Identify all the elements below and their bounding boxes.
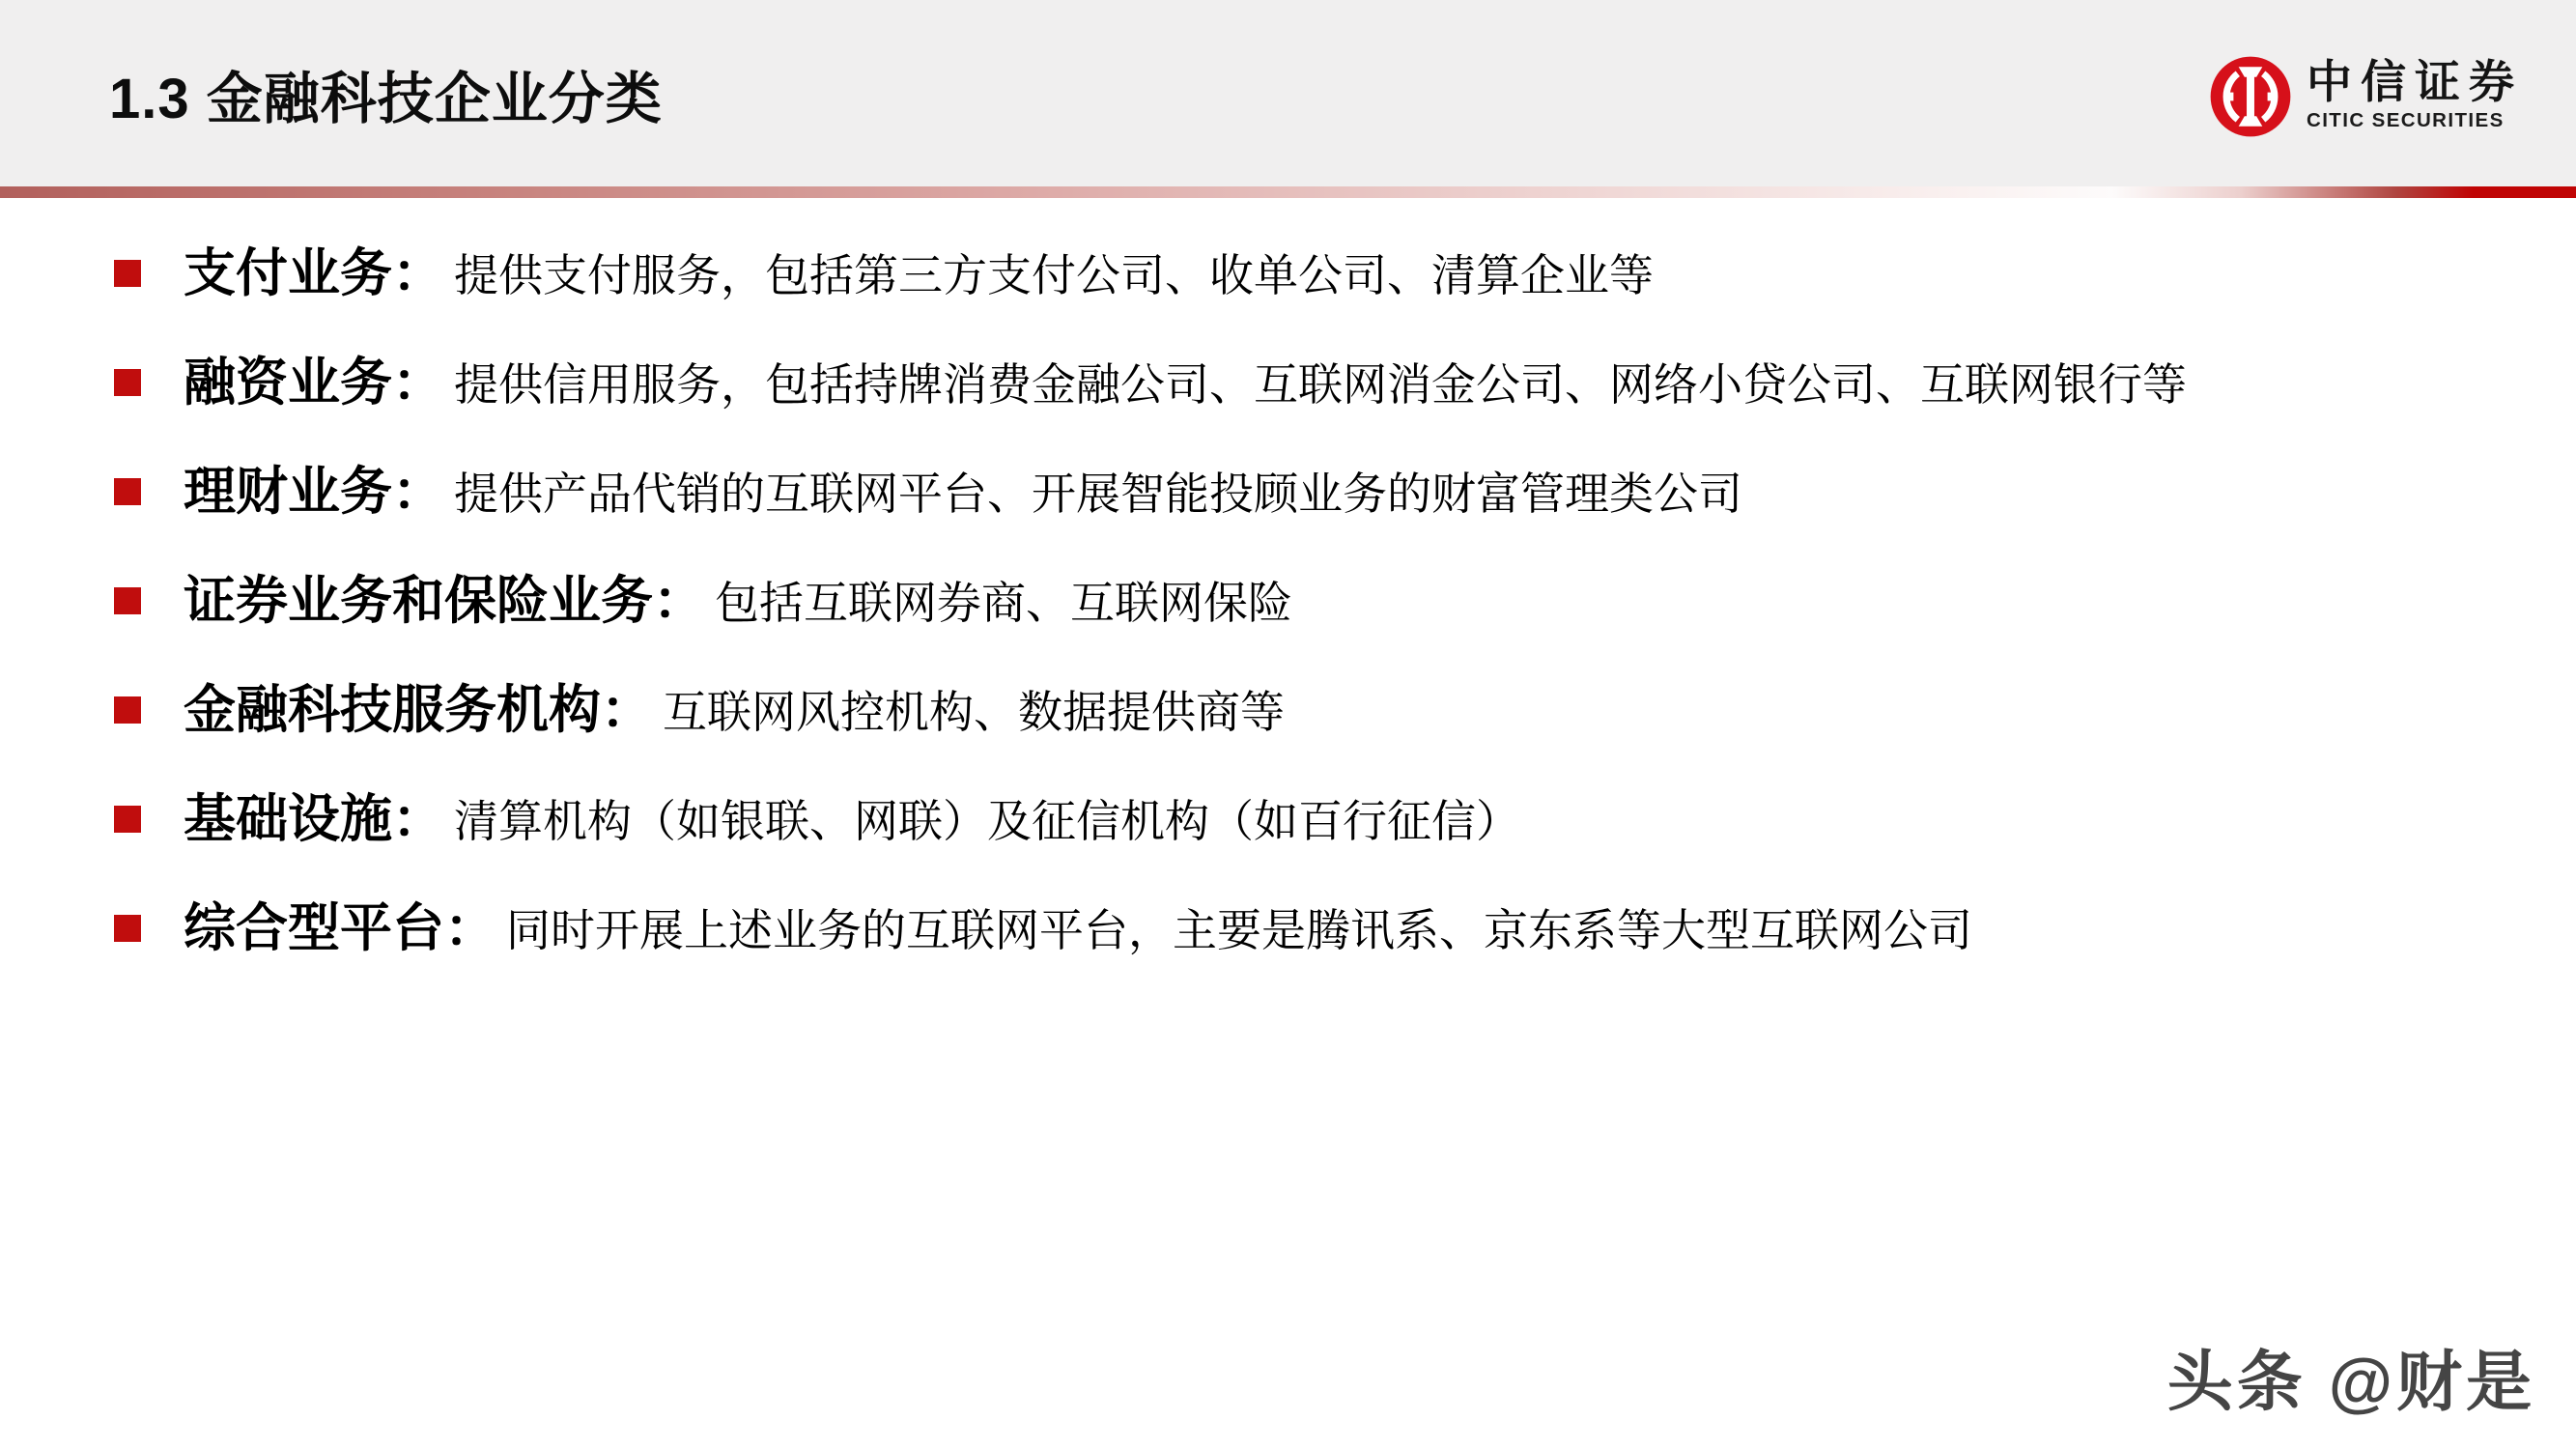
- bullet-square-icon: [114, 260, 141, 287]
- bullet-desc: 清算机构（如银联、网联）及征信机构（如百行征信）: [454, 796, 1520, 846]
- bullet-list: 支付业务：提供支付服务，包括第三方支付公司、收单公司、清算企业等 融资业务：提供…: [0, 198, 2576, 967]
- bullet-desc: 互联网风控机构、数据提供商等: [663, 687, 1285, 737]
- bullet-square-icon: [114, 369, 141, 396]
- bullet-desc: 提供产品代销的互联网平台、开展智能投顾业务的财富管理类公司: [454, 469, 1742, 519]
- bullet-item-securities-insurance: 证券业务和保险业务：包括互联网券商、互联网保险: [114, 564, 2518, 639]
- bullet-item-integrated-platform: 综合型平台：同时开展上述业务的互联网平台，主要是腾讯系、京东系等大型互联网公司: [114, 892, 2518, 967]
- logo-cn-text: 中信证券: [2307, 61, 2523, 106]
- bullet-desc: 同时开展上述业务的互联网平台，主要是腾讯系、京东系等大型互联网公司: [506, 905, 1972, 955]
- bullet-square-icon: [114, 915, 141, 942]
- watermark: 头条 @财是: [2167, 1330, 2535, 1424]
- bullet-label: 支付业务：: [184, 244, 444, 302]
- citic-logo-icon: [2208, 54, 2293, 139]
- logo-en-text: CITIC SECURITIES: [2307, 111, 2523, 131]
- bullet-item-infrastructure: 基础设施：清算机构（如银联、网联）及征信机构（如百行征信）: [114, 782, 2518, 858]
- bullet-desc: 提供信用服务，包括持牌消费金融公司、互联网消金公司、网络小贷公司、互联网银行等: [454, 359, 2187, 410]
- bullet-label: 基础设施：: [184, 790, 444, 848]
- bullet-item-payment: 支付业务：提供支付服务，包括第三方支付公司、收单公司、清算企业等: [114, 237, 2518, 312]
- citic-logo: 中信证券 CITIC SECURITIES: [2208, 48, 2523, 139]
- bullet-label: 金融科技服务机构：: [184, 681, 653, 739]
- bullet-label: 证券业务和保险业务：: [184, 572, 705, 630]
- bullet-desc: 包括互联网券商、互联网保险: [715, 578, 1292, 628]
- logo-text: 中信证券 CITIC SECURITIES: [2307, 61, 2523, 131]
- header-divider: [0, 186, 2576, 198]
- bullet-square-icon: [114, 696, 141, 724]
- bullet-square-icon: [114, 478, 141, 505]
- bullet-label: 融资业务：: [184, 354, 444, 412]
- bullet-item-wealth: 理财业务：提供产品代销的互联网平台、开展智能投顾业务的财富管理类公司: [114, 455, 2518, 530]
- bullet-label: 综合型平台：: [184, 899, 496, 957]
- bullet-item-fintech-services: 金融科技服务机构：互联网风控机构、数据提供商等: [114, 673, 2518, 749]
- bullet-desc: 提供支付服务，包括第三方支付公司、收单公司、清算企业等: [454, 250, 1654, 300]
- slide-header: 1.3 金融科技企业分类 中信证券 CITIC SECURITIES: [0, 0, 2576, 186]
- page-title: 1.3 金融科技企业分类: [109, 53, 663, 134]
- bullet-square-icon: [114, 587, 141, 614]
- bullet-item-financing: 融资业务：提供信用服务，包括持牌消费金融公司、互联网消金公司、网络小贷公司、互联…: [114, 346, 2518, 421]
- bullet-square-icon: [114, 806, 141, 833]
- bullet-label: 理财业务：: [184, 463, 444, 521]
